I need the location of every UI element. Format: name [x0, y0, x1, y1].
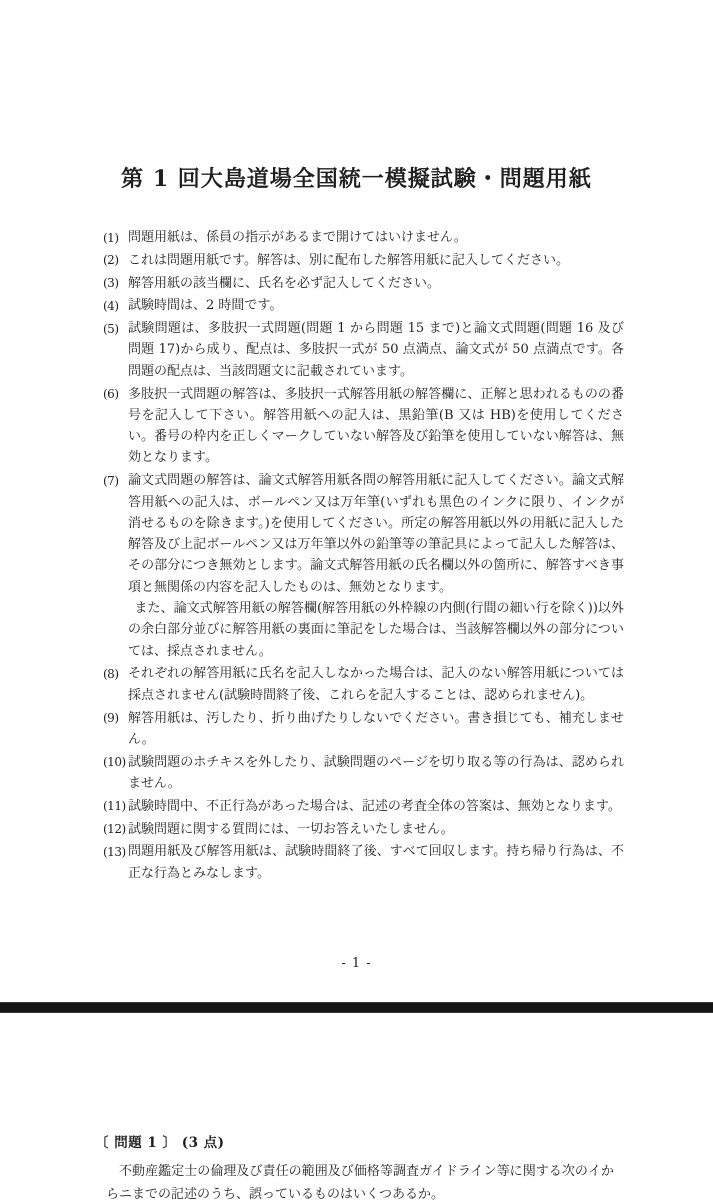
- instruction-item: (13)問題用紙及び解答用紙は、試験時間終了後、すべて回収します。持ち帰り行為は…: [103, 841, 624, 884]
- question-1-text: 不動産鑑定士の倫理及び責任の範囲及び価格等調査ガイドライン等に関する次のイからニ…: [106, 1160, 614, 1200]
- instruction-number: (13): [103, 842, 127, 863]
- instruction-item: (3)解答用紙の該当欄に、氏名を必ず記入してください。: [103, 273, 624, 294]
- instruction-number: (7): [103, 471, 127, 492]
- instruction-number: (3): [103, 273, 127, 294]
- instruction-number: (6): [103, 384, 127, 405]
- instruction-item: (6)多肢択一式問題の解答は、多肢択一式解答用紙の解答欄に、正解と思われるものの…: [103, 384, 624, 469]
- instruction-paragraph: また、論文式解答用紙の解答欄(解答用紙の外枠線の内側(行間の細い行を除く))以外…: [128, 598, 624, 662]
- instruction-number: (2): [103, 250, 127, 271]
- instruction-number: (12): [103, 819, 127, 840]
- instruction-number: (8): [103, 664, 127, 685]
- instruction-number: (5): [103, 319, 127, 340]
- exam-title: 第 1 回大島道場全国統一模擬試験・問題用紙: [0, 162, 713, 193]
- instruction-item: (7)論文式問題の解答は、論文式解答用紙各問の解答用紙に記入してください。論文式…: [103, 470, 624, 662]
- instruction-paragraph: 問題用紙は、係員の指示があるまで開けてはいけません。: [128, 227, 624, 248]
- instruction-item: (11)試験時間中、不正行為があった場合は、記述の考査全体の答案は、無効となりま…: [103, 796, 624, 817]
- instruction-item: (12)試験問題に関する質問には、一切お答えいたしません。: [103, 819, 624, 840]
- page-number: - 1 -: [0, 956, 713, 971]
- instruction-paragraph: 試験問題に関する質問には、一切お答えいたしません。: [128, 819, 624, 840]
- instruction-paragraph: 解答用紙の該当欄に、氏名を必ず記入してください。: [128, 273, 624, 294]
- instruction-paragraph: 試験時間は、2 時間です。: [128, 295, 624, 316]
- instruction-paragraph: 多肢択一式問題の解答は、多肢択一式解答用紙の解答欄に、正解と思われるものの番号を…: [128, 384, 624, 469]
- instruction-number: (4): [103, 296, 127, 317]
- question-1-heading: 〔 問題 1 〕 (3 点): [95, 1131, 225, 1151]
- instruction-item: (10)試験問題のホチキスを外したり、試験問題のページを切り取る等の行為は、認め…: [103, 752, 624, 795]
- instruction-paragraph: 試験時間中、不正行為があった場合は、記述の考査全体の答案は、無効となります。: [128, 796, 624, 817]
- page-divider: [0, 1002, 713, 1013]
- instruction-paragraph: 論文式問題の解答は、論文式解答用紙各問の解答用紙に記入してください。論文式解答用…: [128, 470, 624, 598]
- scanned-exam-document: 第 1 回大島道場全国統一模擬試験・問題用紙 (1)問題用紙は、係員の指示がある…: [0, 0, 713, 1200]
- instruction-number: (9): [103, 708, 127, 729]
- instruction-item: (9)解答用紙は、汚したり、折り曲げたりしないでください。書き損じても、補充しま…: [103, 708, 624, 751]
- instruction-item: (8)それぞれの解答用紙に氏名を記入しなかった場合は、記入のない解答用紙について…: [103, 663, 624, 706]
- instruction-item: (4)試験時間は、2 時間です。: [103, 295, 624, 316]
- instruction-paragraph: 試験問題のホチキスを外したり、試験問題のページを切り取る等の行為は、認められませ…: [128, 752, 624, 795]
- instruction-paragraph: それぞれの解答用紙に氏名を記入しなかった場合は、記入のない解答用紙については採点…: [128, 663, 624, 706]
- instruction-paragraph: これは問題用紙です。解答は、別に配布した解答用紙に記入してください。: [128, 250, 624, 271]
- instruction-item: (2)これは問題用紙です。解答は、別に配布した解答用紙に記入してください。: [103, 250, 624, 271]
- instruction-number: (11): [103, 796, 127, 817]
- instruction-item: (5)試験問題は、多肢択一式問題(問題 1 から問題 15 まで)と論文式問題(…: [103, 318, 624, 382]
- instruction-paragraph: 問題用紙及び解答用紙は、試験時間終了後、すべて回収します。持ち帰り行為は、不正な…: [128, 841, 624, 884]
- instruction-number: (1): [103, 228, 127, 249]
- instruction-item: (1)問題用紙は、係員の指示があるまで開けてはいけません。: [103, 227, 624, 248]
- instruction-number: (10): [103, 752, 127, 773]
- instruction-list: (1)問題用紙は、係員の指示があるまで開けてはいけません。(2)これは問題用紙で…: [103, 227, 624, 885]
- instruction-paragraph: 解答用紙は、汚したり、折り曲げたりしないでください。書き損じても、補充しません。: [128, 708, 624, 751]
- instruction-paragraph: 試験問題は、多肢択一式問題(問題 1 から問題 15 まで)と論文式問題(問題 …: [128, 318, 624, 382]
